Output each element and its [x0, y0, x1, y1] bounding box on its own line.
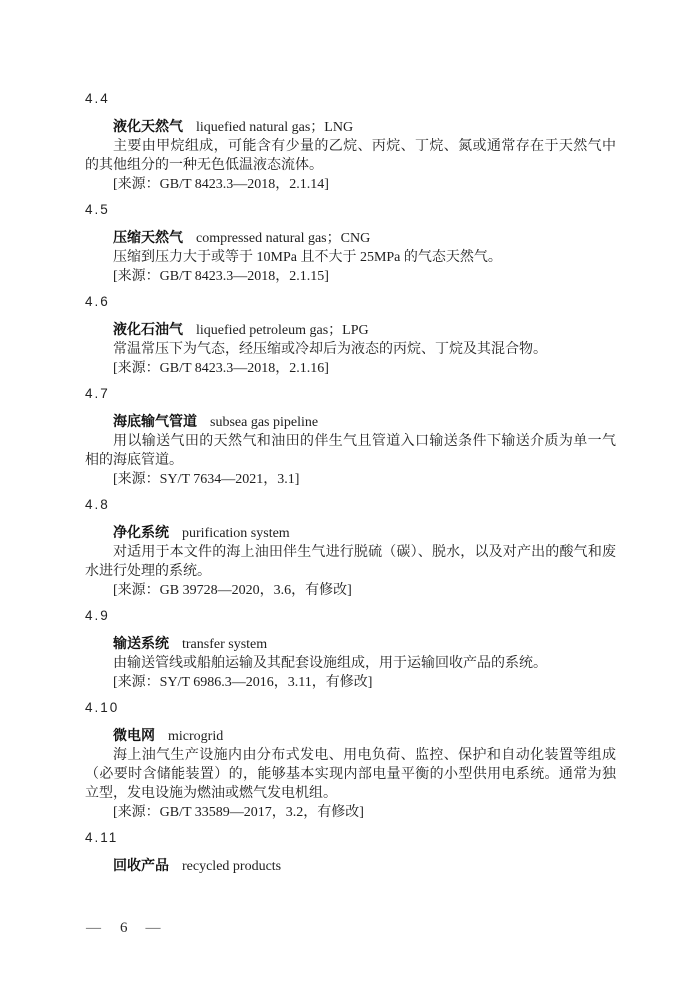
- term-en: liquefied natural gas；LNG: [196, 120, 353, 135]
- term-zh: 液化天然气: [113, 118, 183, 134]
- definition-text: 主要由甲烷组成，可能含有少量的乙烷、丙烷、丁烷、氮或通常存在于天然气中的其他组分…: [85, 137, 616, 175]
- term-zh: 输送系统: [113, 635, 169, 651]
- definition-text: 海上油气生产设施内由分布式发电、用电负荷、监控、保护和自动化装置等组成（必要时含…: [85, 746, 616, 803]
- clause-number: 4.8: [85, 498, 616, 512]
- definition-text: 用以输送气田的天然气和油田的伴生气且管道入口输送条件下输送介质为单一气相的海底管…: [85, 432, 616, 470]
- term-line: 净化系统purification system: [85, 523, 616, 543]
- definition-text: 由输送管线或船舶运输及其配套设施组成，用于运输回收产品的系统。: [85, 654, 616, 673]
- source-line: [来源：SY/T 7634—2021，3.1]: [85, 470, 616, 489]
- clause-section: 4.6 液化石油气liquefied petroleum gas；LPG 常温常…: [85, 295, 616, 378]
- definition-text: 对适用于本文件的海上油田伴生气进行脱硫（碳）、脱水，以及对产出的酸气和废水进行处…: [85, 543, 616, 581]
- source-line: [来源：GB 39728—2020，3.6，有修改]: [85, 581, 616, 600]
- term-zh: 回收产品: [113, 857, 169, 873]
- definition-text: 压缩到压力大于或等于 10MPa 且不大于 25MPa 的气态天然气。: [85, 248, 616, 267]
- term-en: subsea gas pipeline: [210, 415, 318, 430]
- definition-text: 常温常压下为气态，经压缩或冷却后为液态的丙烷、丁烷及其混合物。: [85, 340, 616, 359]
- term-line: 回收产品recycled products: [85, 856, 616, 876]
- page-footer: —6—: [86, 920, 162, 936]
- page-number: 6: [120, 920, 128, 936]
- clause-section: 4.4 液化天然气liquefied natural gas；LNG 主要由甲烷…: [85, 92, 616, 194]
- clause-number: 4.11: [85, 831, 616, 845]
- source-line: [来源：SY/T 6986.3—2016，3.11，有修改]: [85, 673, 616, 692]
- clause-section: 4.9 输送系统transfer system 由输送管线或船舶运输及其配套设施…: [85, 609, 616, 692]
- term-en: purification system: [182, 526, 290, 541]
- term-en: compressed natural gas；CNG: [196, 231, 370, 246]
- source-line: [来源：GB/T 8423.3—2018，2.1.14]: [85, 175, 616, 194]
- term-line: 海底输气管道subsea gas pipeline: [85, 412, 616, 432]
- source-line: [来源：GB/T 8423.3—2018，2.1.15]: [85, 267, 616, 286]
- clause-section: 4.5 压缩天然气compressed natural gas；CNG 压缩到压…: [85, 203, 616, 286]
- clause-section: 4.7 海底输气管道subsea gas pipeline 用以输送气田的天然气…: [85, 387, 616, 489]
- source-line: [来源：GB/T 8423.3—2018，2.1.16]: [85, 359, 616, 378]
- term-line: 微电网microgrid: [85, 726, 616, 746]
- clause-number: 4.5: [85, 203, 616, 217]
- term-zh: 微电网: [113, 727, 155, 743]
- document-page: 4.4 液化天然气liquefied natural gas；LNG 主要由甲烷…: [0, 0, 700, 990]
- term-en: microgrid: [168, 729, 223, 744]
- clause-section: 4.11 回收产品recycled products: [85, 831, 616, 876]
- clause-number: 4.6: [85, 295, 616, 309]
- term-zh: 海底输气管道: [113, 413, 197, 429]
- clause-section: 4.8 净化系统purification system 对适用于本文件的海上油田…: [85, 498, 616, 600]
- term-line: 输送系统transfer system: [85, 634, 616, 654]
- clause-section: 4.10 微电网microgrid 海上油气生产设施内由分布式发电、用电负荷、监…: [85, 701, 616, 822]
- term-zh: 净化系统: [113, 524, 169, 540]
- term-en: liquefied petroleum gas；LPG: [196, 323, 369, 338]
- term-line: 液化天然气liquefied natural gas；LNG: [85, 117, 616, 137]
- term-en: recycled products: [182, 859, 281, 874]
- term-line: 液化石油气liquefied petroleum gas；LPG: [85, 320, 616, 340]
- footer-dash-left: —: [86, 920, 102, 936]
- term-zh: 液化石油气: [113, 321, 183, 337]
- term-en: transfer system: [182, 637, 267, 652]
- source-line: [来源：GB/T 33589—2017，3.2，有修改]: [85, 803, 616, 822]
- term-line: 压缩天然气compressed natural gas；CNG: [85, 228, 616, 248]
- clause-number: 4.10: [85, 701, 616, 715]
- term-zh: 压缩天然气: [113, 229, 183, 245]
- footer-dash-right: —: [146, 920, 162, 936]
- clause-number: 4.7: [85, 387, 616, 401]
- clause-number: 4.9: [85, 609, 616, 623]
- clause-number: 4.4: [85, 92, 616, 106]
